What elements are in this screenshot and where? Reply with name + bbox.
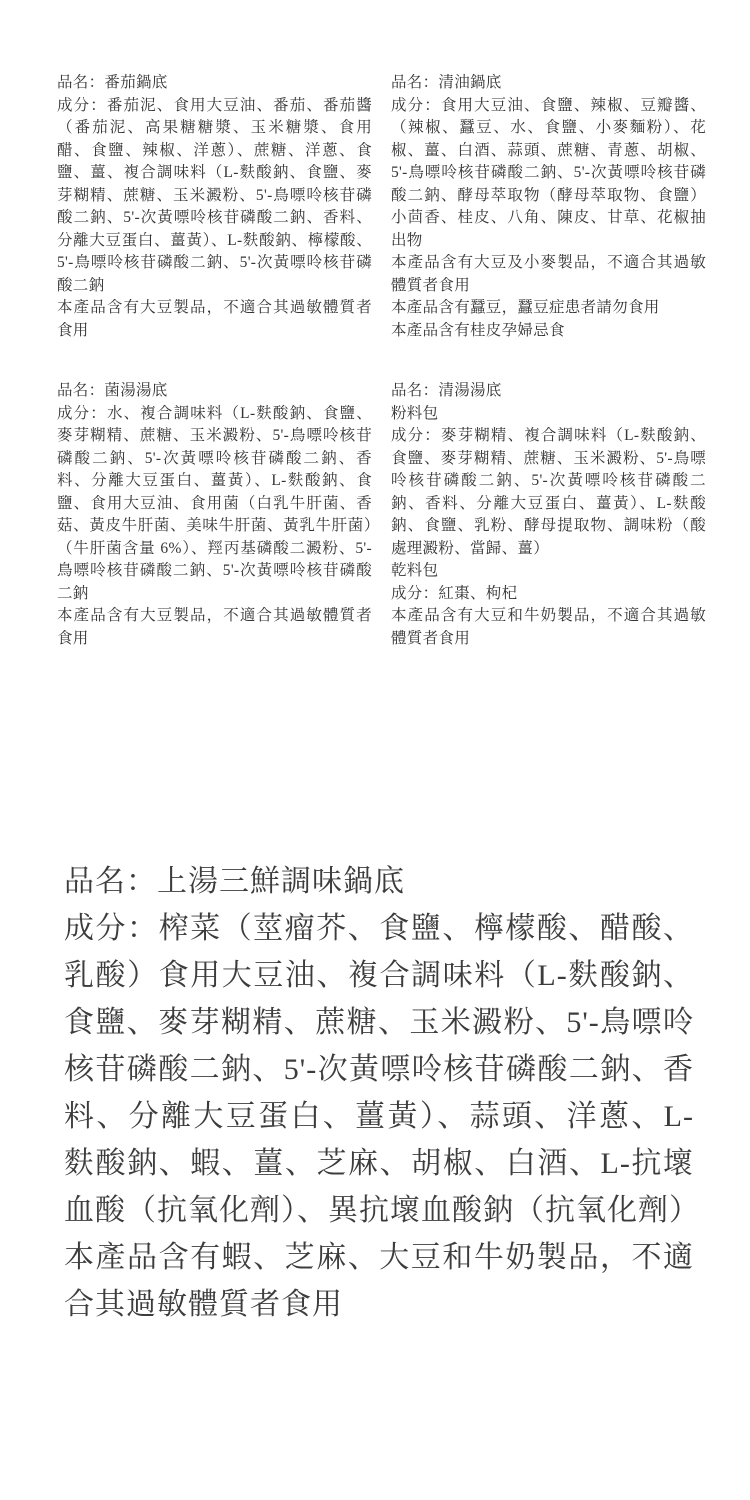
label-text-line: 成分：番茄泥、食用大豆油、番茄、番茄醬（番茄泥、高果糖糖漿、玉米糖漿、食用醋、食… xyxy=(57,95,372,298)
label-text-line: 成分：紅棗、枸杞 xyxy=(391,583,706,606)
top-column-left: 品名：番茄鍋底成分：番茄泥、食用大豆油、番茄、番茄醬（番茄泥、高果糖糖漿、玉米糖… xyxy=(57,72,372,650)
product-name-line: 品名：上湯三鮮調味鍋底 xyxy=(64,858,694,905)
clear-soup-base-label: 品名：清湯湯底粉料包成分：麥芽糊精、複合調味料（L-麩酸鈉、食鹽、麥芽糊精、蔗糖… xyxy=(391,380,706,650)
label-text-line: 成分：榨菜（莖瘤芥、食鹽、檸檬酸、醋酸、乳酸）食用大豆油、複合調味料（L-麩酸鈉… xyxy=(64,905,694,1234)
label-text-line: 乾料包 xyxy=(391,560,706,583)
product-name-line: 品名：清油鍋底 xyxy=(391,72,706,95)
tomato-hotpot-base-label: 品名：番茄鍋底成分：番茄泥、食用大豆油、番茄、番茄醬（番茄泥、高果糖糖漿、玉米糖… xyxy=(57,72,372,342)
supreme-three-delicacies-hotpot-base-label: 品名：上湯三鮮調味鍋底成分：榨菜（莖瘤芥、食鹽、檸檬酸、醋酸、乳酸）食用大豆油、… xyxy=(64,858,694,1328)
label-text-line: 本產品含有蠶豆，蠶豆症患者請勿食用 xyxy=(391,297,706,320)
label-text-line: 本產品含有大豆及小麥製品，不適合其過敏體質者食用 xyxy=(391,252,706,297)
ingredient-labels-top-section: 品名：番茄鍋底成分：番茄泥、食用大豆油、番茄、番茄醬（番茄泥、高果糖糖漿、玉米糖… xyxy=(57,72,707,650)
mushroom-soup-base-label: 品名：菌湯湯底成分：水、複合調味料（L-麩酸鈉、食鹽、麥芽糊精、蔗糖、玉米澱粉、… xyxy=(57,380,372,650)
product-name-line: 品名：菌湯湯底 xyxy=(57,380,372,403)
label-text-line: 本產品含有桂皮孕婦忌食 xyxy=(391,320,706,343)
label-text-line: 成分：食用大豆油、食鹽、辣椒、豆瓣醬、（辣椒、蠶豆、水、食鹽、小麥麵粉）、花椒、… xyxy=(391,95,706,253)
top-column-right: 品名：清油鍋底成分：食用大豆油、食鹽、辣椒、豆瓣醬、（辣椒、蠶豆、水、食鹽、小麥… xyxy=(391,72,706,650)
product-name-line: 品名：番茄鍋底 xyxy=(57,72,372,95)
label-text-line: 粉料包 xyxy=(391,403,706,426)
product-name-line: 品名：清湯湯底 xyxy=(391,380,706,403)
label-text-line: 成分：水、複合調味料（L-麩酸鈉、食鹽、麥芽糊精、蔗糖、玉米澱粉、5'-鳥嘌呤核… xyxy=(57,403,372,606)
label-text-line: 本產品含有大豆製品，不適合其過敏體質者食用 xyxy=(57,605,372,650)
clear-oil-hotpot-base-label: 品名：清油鍋底成分：食用大豆油、食鹽、辣椒、豆瓣醬、（辣椒、蠶豆、水、食鹽、小麥… xyxy=(391,72,706,342)
label-text-line: 本產品含有大豆製品，不適合其過敏體質者食用 xyxy=(57,297,372,342)
label-text-line: 本產品含有大豆和牛奶製品，不適合其過敏體質者食用 xyxy=(391,605,706,650)
label-text-line: 成分：麥芽糊精、複合調味料（L-麩酸鈉、食鹽、麥芽糊精、蔗糖、玉米澱粉、5'-鳥… xyxy=(391,425,706,560)
ingredient-label-bottom-section: 品名：上湯三鮮調味鍋底成分：榨菜（莖瘤芥、食鹽、檸檬酸、醋酸、乳酸）食用大豆油、… xyxy=(64,858,694,1328)
label-text-line: 本產品含有蝦、芝麻、大豆和牛奶製品，不適合其過敏體質者食用 xyxy=(64,1234,694,1328)
